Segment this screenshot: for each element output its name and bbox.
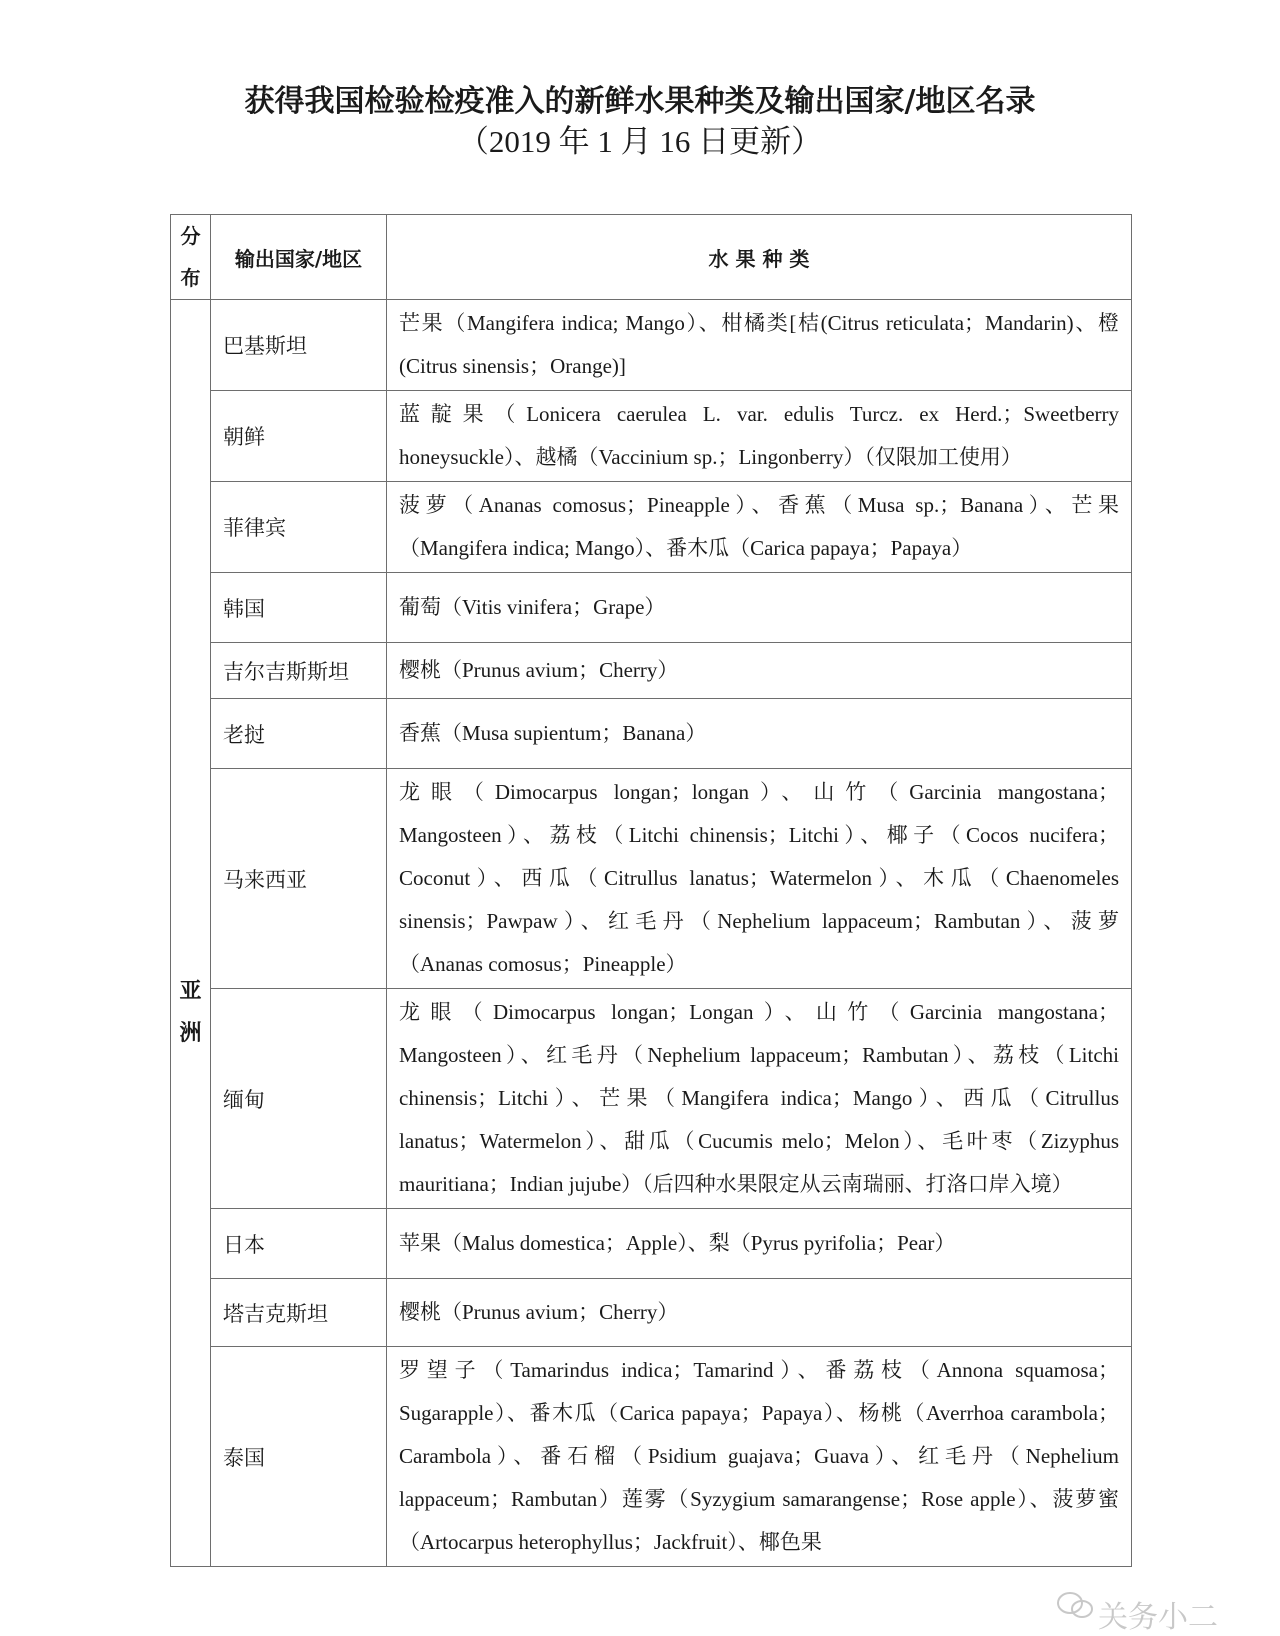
- fruits-cell: 蓝靛果（Lonicera caerulea L. var. edulis Tur…: [387, 391, 1132, 482]
- country-cell: 巴基斯坦: [211, 300, 387, 391]
- header-country: 输出国家/地区: [211, 215, 387, 300]
- fruits-cell: 香蕉（Musa supientum；Banana）: [387, 699, 1132, 769]
- document-title: 获得我国检验检疫准入的新鲜水果种类及输出国家/地区名录: [0, 82, 1280, 122]
- fruits-cell: 樱桃（Prunus avium；Cherry）: [387, 1279, 1132, 1347]
- country-cell: 塔吉克斯坦: [211, 1279, 387, 1347]
- watermark-text: 关务小二: [1098, 1592, 1218, 1636]
- table-row: 日本 苹果（Malus domestica；Apple）、梨（Pyrus pyr…: [171, 1209, 1132, 1279]
- table-row: 泰国 罗望子（Tamarindus indica；Tamarind）、番荔枝（A…: [171, 1347, 1132, 1567]
- table-row: 亚洲 巴基斯坦 芒果（Mangifera indica; Mango）、柑橘类[…: [171, 300, 1132, 391]
- fruits-cell: 龙眼（Dimocarpus longan；longan）、山竹（Garcinia…: [387, 769, 1132, 989]
- table-row: 老挝 香蕉（Musa supientum；Banana）: [171, 699, 1132, 769]
- country-cell: 老挝: [211, 699, 387, 769]
- fruits-cell: 龙眼（Dimocarpus longan；Longan）、山竹（Garcinia…: [387, 989, 1132, 1209]
- country-cell: 泰国: [211, 1347, 387, 1567]
- table-row: 吉尔吉斯斯坦 樱桃（Prunus avium；Cherry）: [171, 643, 1132, 699]
- table-row: 韩国 葡萄（Vitis vinifera；Grape）: [171, 573, 1132, 643]
- table-row: 塔吉克斯坦 樱桃（Prunus avium；Cherry）: [171, 1279, 1132, 1347]
- country-cell: 缅甸: [211, 989, 387, 1209]
- fruits-cell: 苹果（Malus domestica；Apple）、梨（Pyrus pyrifo…: [387, 1209, 1132, 1279]
- fruits-cell: 樱桃（Prunus avium；Cherry）: [387, 643, 1132, 699]
- table-row: 朝鲜 蓝靛果（Lonicera caerulea L. var. edulis …: [171, 391, 1132, 482]
- table-row: 马来西亚 龙眼（Dimocarpus longan；longan）、山竹（Gar…: [171, 769, 1132, 989]
- wechat-watermark-icon: [1055, 1590, 1095, 1620]
- country-cell: 韩国: [211, 573, 387, 643]
- table-row: 菲律宾 菠萝（Ananas comosus；Pineapple）、香蕉（Musa…: [171, 482, 1132, 573]
- fruits-cell: 菠萝（Ananas comosus；Pineapple）、香蕉（Musa sp.…: [387, 482, 1132, 573]
- fruits-cell: 葡萄（Vitis vinifera；Grape）: [387, 573, 1132, 643]
- header-fruits: 水 果 种 类: [387, 215, 1132, 300]
- country-cell: 菲律宾: [211, 482, 387, 573]
- header-distribution: 分布: [171, 215, 211, 300]
- table-row: 缅甸 龙眼（Dimocarpus longan；Longan）、山竹（Garci…: [171, 989, 1132, 1209]
- region-asia: 亚洲: [171, 300, 211, 1567]
- country-cell: 日本: [211, 1209, 387, 1279]
- fruits-cell: 芒果（Mangifera indica; Mango）、柑橘类[桔(Citrus…: [387, 300, 1132, 391]
- fruits-cell: 罗望子（Tamarindus indica；Tamarind）、番荔枝（Anno…: [387, 1347, 1132, 1567]
- country-cell: 朝鲜: [211, 391, 387, 482]
- fruit-access-table: 分布 输出国家/地区 水 果 种 类 亚洲 巴基斯坦 芒果（Mangifera …: [170, 214, 1132, 1567]
- country-cell: 马来西亚: [211, 769, 387, 989]
- document-update-date: （2019 年 1 月 16 日更新）: [0, 122, 1280, 162]
- table-header-row: 分布 输出国家/地区 水 果 种 类: [171, 215, 1132, 300]
- country-cell: 吉尔吉斯斯坦: [211, 643, 387, 699]
